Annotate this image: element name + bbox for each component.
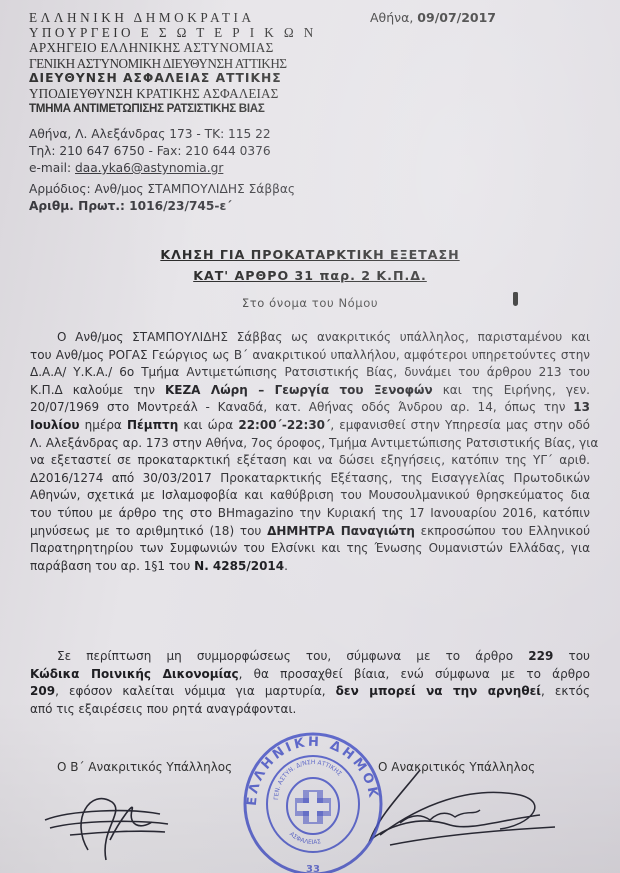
header-line-police-hq: ΑΡΧΗΓΕΙΟ ΕΛΛΗΝΙΚΗΣ ΑΣΤΥΝΟΜΙΑΣ [29,40,329,55]
right-signature-icon [360,765,560,865]
text-segment: Αθηνών, σχετικά με Ισλαμοφοβία και καθύβ… [30,488,590,502]
text-line: παράβαση του αρ. 1§1 του Ν. 4285/2014. [30,558,590,576]
text-segment: και ώρα [178,418,238,432]
header-line-security-directorate: ΔΙΕΥΘΥΝΣΗ ΑΣΦΑΛΕΙΑΣ ΑΤΤΙΚΗΣ [29,71,329,86]
text-segment: ημέρα [79,418,127,432]
summons-paragraph: Ο Ανθ/μος ΣΤΑΜΠΟΥΛΙΔΗΣ Σάββας ως ανακριτ… [30,329,590,575]
official-stamp-icon: ΕΛΛΗΝΙΚΗ ΔΗΜΟΚΡΑΤΙΑ ΓΕΝ. ΑΣΤΥΝ. Δ/ΝΣΗ ΑΤ… [240,728,386,873]
text-segment: Ο Ανθ/μος ΣΤΑΜΠΟΥΛΙΔΗΣ Σάββας ως ανακριτ… [57,330,590,344]
header-line-general-directorate: ΓΕΝΙΚΗ ΑΣΤΥΝΟΜΙΚΗ ΔΙΕΥΘΥΝΣΗ ΑΤΤΙΚΗΣ [29,56,329,71]
text-segment: του Ανθ/μος ΡΟΓΑΣ Γεώργιος ως Β΄ ανακριτ… [30,348,590,362]
text-segment: εκπροσώπου του Ελληνικού [415,524,590,538]
text-segment: παράβαση του αρ. 1§1 του [30,559,194,573]
text-segment: . [284,559,288,573]
text-line: μηνύσεως με το αριθμητικό (18) του ΔΗΜΗΤ… [30,523,590,541]
protocol-number-line: Αριθμ. Πρωτ.: 1016/23/745-ε΄ [29,198,295,215]
text-line: Κώδικα Ποινικής Δικονομίας, θα προσαχθεί… [30,666,590,684]
date-place: Αθήνα, [370,10,417,25]
emphasized-text: Πέμπτη [127,418,178,432]
text-segment: , θα προσαχθεί βίαια, ενώ σύμφωνα με το … [239,667,590,681]
header-line-republic: ΕΛΛΗΝΙΚΗ ΔΗΜΟΚΡΑΤΙΑ [29,10,329,25]
protocol-label: Αριθμ. Πρωτ.: [29,199,129,213]
header-line-ministry: ΥΠΟΥΡΓΕΙΟ Ε Σ Ω Τ Ε Ρ Ι Κ Ω Ν [29,25,329,40]
text-segment: και της Ειρήνης, γεν. [433,383,590,397]
header-line-subdirectorate: ΥΠΟΔΙΕΥΘΥΝΣΗ ΚΡΑΤΙΚΗΣ ΑΣΦΑΛΕΙΑΣ [29,86,329,101]
address: Αθήνα, Λ. Αλεξάνδρας 173 - ΤΚ: 115 22 [29,126,295,143]
text-segment: του τύπου με άρθρο της στο ΒΗmagazino τη… [30,506,590,520]
text-segment: , εφόσον καλείται νόμιμα για μαρτυρία, [55,684,336,698]
text-line: Δ.Α.Α/ Υ.Κ.Α./ 6ο Τμήμα Αντιμετώπισης Ρα… [30,364,590,382]
non-compliance-paragraph: Σε περίπτωση μη συμμορφώσεως του, σύμφων… [30,648,590,718]
title-line-2: ΚΑΤ' ΑΡΘΡΟ 31 παρ. 2 Κ.Π.Δ. [193,268,427,283]
text-line: από τις εξαιρέσεις που ρητά αναγράφονται… [30,701,590,719]
emphasized-text: 22:00΄-22:30΄ [238,418,330,432]
emphasized-text: ΔΗΜΗΤΡΑ Παναγιώτη [267,524,415,538]
text-line: 20/07/1969 στο Μοντρεάλ - Καναδά, κατ. Α… [30,399,590,417]
responsible-officer: Αρμόδιος: Ανθ/μος ΣΤΑΜΠΟΥΛΙΔΗΣ Σάββας [29,181,295,198]
text-segment: να εξεταστεί σε προκαταρκτική εξέταση κα… [30,453,590,467]
in-the-name-of-law: Στο όνομα του Νόμου [0,296,620,310]
text-segment: του [553,649,590,663]
emphasized-text: Ιουλίου [30,418,79,432]
second-investigator-signature-label: Ο Β΄ Ανακριτικός Υπάλληλος [57,760,232,774]
emphasized-text: 229 [528,649,553,663]
stamp-number: 33 [306,864,320,873]
emphasized-text: Κώδικα Ποινικής Δικονομίας [30,667,239,681]
text-line: Ο Ανθ/μος ΣΤΑΜΠΟΥΛΙΔΗΣ Σάββας ως ανακριτ… [30,329,590,347]
email-link[interactable]: daa.yka6@astynomia.gr [75,161,223,175]
text-segment: Παρατηρητηρίου των Συμφωνιών του Ελσίνκι… [30,541,590,555]
protocol-number: 1016/23/745-ε΄ [129,199,231,213]
text-line: Αθηνών, σχετικά με Ισλαμοφοβία και καθύβ… [30,487,590,505]
text-segment: Κ.Π.Δ καλούμε την [30,383,165,397]
text-line: Κ.Π.Δ καλούμε την ΚΕΖΑ Λώρη – Γεωργία το… [30,382,590,400]
email-label: e-mail: [29,161,75,175]
text-line: του Ανθ/μος ΡΟΓΑΣ Γεώργιος ως Β΄ ανακριτ… [30,347,590,365]
text-segment: , εκτός [541,684,590,698]
summons-document: ΕΛΛΗΝΙΚΗ ΔΗΜΟΚΡΑΤΙΑ ΥΠΟΥΡΓΕΙΟ Ε Σ Ω Τ Ε … [0,0,620,873]
text-segment: , εμφανισθεί στην Υπηρεσία μας στην οδό [330,418,590,432]
text-line: του τύπου με άρθρο της στο ΒΗmagazino τη… [30,505,590,523]
document-date: Αθήνα, 09/07/2017 [370,10,496,25]
text-segment: Δ2016/1274 από 30/03/2017 Προκαταρκτικής… [30,471,590,485]
text-segment: Σε περίπτωση μη συμμορφώσεως του, σύμφων… [57,649,528,663]
text-line: Ιουλίου ημέρα Πέμπτη και ώρα 22:00΄-22:3… [30,417,590,435]
text-line: Λ. Αλεξάνδρας αρ. 173 στην Αθήνα, 7ος όρ… [30,435,590,453]
title-line-1: ΚΛΗΣΗ ΓΙΑ ΠΡΟΚΑΤΑΡΚΤΙΚΗ ΕΞΕΤΑΣΗ [160,247,459,262]
document-title: ΚΛΗΣΗ ΓΙΑ ΠΡΟΚΑΤΑΡΚΤΙΚΗ ΕΞΕΤΑΣΗ ΚΑΤ' ΑΡΘ… [0,244,620,286]
text-segment: από τις εξαιρέσεις που ρητά αναγράφονται… [30,702,296,716]
text-segment: Δ.Α.Α/ Υ.Κ.Α./ 6ο Τμήμα Αντιμετώπισης Ρα… [30,365,590,379]
emphasized-text: 209 [30,684,55,698]
text-line: Δ2016/1274 από 30/03/2017 Προκαταρκτικής… [30,470,590,488]
text-line: να εξεταστεί σε προκαταρκτική εξέταση κα… [30,452,590,470]
header-line-department: ΤΜΗΜΑ ΑΝΤΙΜΕΤΩΠΙΣΗΣ ΡΑΤΣΙΣΤΙΚΗΣ ΒΙΑΣ [29,101,329,116]
left-signature-icon [40,780,180,870]
text-line: 209, εφόσον καλείται νόμιμα για μαρτυρία… [30,683,590,701]
issuing-authority-header: ΕΛΛΗΝΙΚΗ ΔΗΜΟΚΡΑΤΙΑ ΥΠΟΥΡΓΕΙΟ Ε Σ Ω Τ Ε … [29,10,329,116]
text-line: Παρατηρητηρίου των Συμφωνιών του Ελσίνκι… [30,540,590,558]
text-line: Σε περίπτωση μη συμμορφώσεως του, σύμφων… [30,648,590,666]
emphasized-text: ΚΕΖΑ Λώρη – Γεωργία του Ξενοφών [165,383,433,397]
date-value: 09/07/2017 [417,10,496,25]
emphasized-text: δεν μπορεί να την αρνηθεί [336,684,541,698]
emphasized-text: 13 [573,400,590,414]
email-line: e-mail: daa.yka6@astynomia.gr [29,160,295,177]
text-segment: Λ. Αλεξάνδρας αρ. 173 στην Αθήνα, 7ος όρ… [30,436,598,450]
phone-fax: Τηλ: 210 647 6750 - Fax: 210 644 0376 [29,143,295,160]
contact-block: Αθήνα, Λ. Αλεξάνδρας 173 - ΤΚ: 115 22 Τη… [29,126,295,215]
text-segment: μηνύσεως με το αριθμητικό (18) του [30,524,267,538]
text-segment: 20/07/1969 στο Μοντρεάλ - Καναδά, κατ. Α… [30,400,573,414]
emphasized-text: Ν. 4285/2014 [194,559,284,573]
